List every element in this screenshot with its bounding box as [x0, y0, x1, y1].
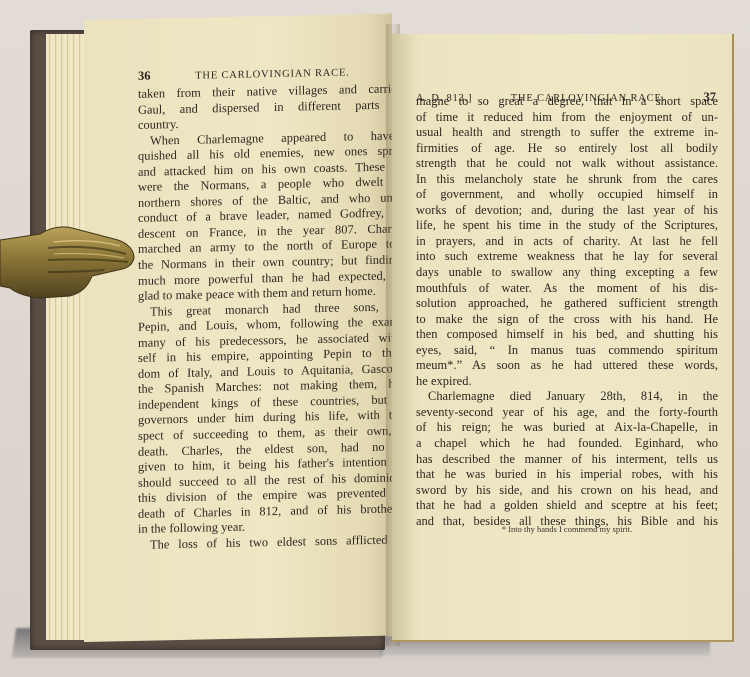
- page-left: 36 THE CARLOVINGIAN RACE. [CH. III. take…: [84, 14, 392, 642]
- text-line: life, he spent his time in the study of …: [416, 218, 718, 234]
- text-line: solution approached, he gathered suffici…: [416, 296, 718, 312]
- text-line: of government, and wholly occupied himse…: [416, 187, 718, 203]
- photo-scene: 36 THE CARLOVINGIAN RACE. [CH. III. take…: [0, 0, 750, 677]
- text-line: strength that he could not walk without …: [416, 156, 718, 172]
- text-line: seventy-second year of his age, and the …: [416, 405, 718, 421]
- page-number-left: 36: [138, 69, 151, 84]
- text-line: In this melancholy state he shrunk from …: [416, 172, 718, 188]
- text-line: to make the sign of the cross with his h…: [416, 312, 718, 328]
- text-line: usual health and strength to suffer the …: [416, 125, 718, 141]
- text-line: that he was buried in his imperial robes…: [416, 467, 718, 483]
- text-line: that he had a golden shield and sceptre …: [416, 498, 718, 514]
- text-line: of time it reduced him from the enjoymen…: [416, 110, 718, 126]
- text-line: meum*.” As soon as he had uttered these …: [416, 358, 718, 374]
- text-line: firmities of age. He so entirely lost al…: [416, 141, 718, 157]
- text-line: into such extreme weakness that he lay f…: [416, 249, 718, 265]
- text-line: sword by his side, and his crown on his …: [416, 483, 718, 499]
- footnote: * Into thy hands I commend my spirit.: [416, 524, 718, 534]
- text-line: in prayers, and in acts of charity. At l…: [416, 234, 718, 250]
- right-page-body: magne to so great a degree, that in a sh…: [416, 94, 718, 529]
- text-line: has described the manner of his intermen…: [416, 452, 718, 468]
- text-line: magne to so great a degree, that in a sh…: [416, 94, 718, 110]
- text-line: mouthfuls of water. As the moment of his…: [416, 281, 718, 297]
- running-title-left: THE CARLOVINGIAN RACE.: [195, 67, 349, 81]
- text-line: days unable to swallow any thing excepti…: [416, 265, 718, 281]
- text-line: a chapel which he had founded. Eginhard,…: [416, 436, 718, 452]
- text-line: he expired.: [416, 374, 718, 390]
- text-line: of his reign; he was buried at Aix-la-Ch…: [416, 420, 718, 436]
- page-right: A. D. 813.] THE CARLOVINGIAN RACE. 37 ma…: [392, 34, 734, 642]
- text-line: then composed himself in his bed, and sh…: [416, 327, 718, 343]
- text-line: Charlemagne died January 28th, 814, in t…: [416, 389, 718, 405]
- page-edges-stack: [46, 34, 87, 640]
- brass-hand-page-holder-icon: [0, 218, 136, 304]
- text-line: eyes, said, “ In manus tuas commendo spi…: [416, 343, 718, 359]
- text-line: works of devotion; and, during the last …: [416, 203, 718, 219]
